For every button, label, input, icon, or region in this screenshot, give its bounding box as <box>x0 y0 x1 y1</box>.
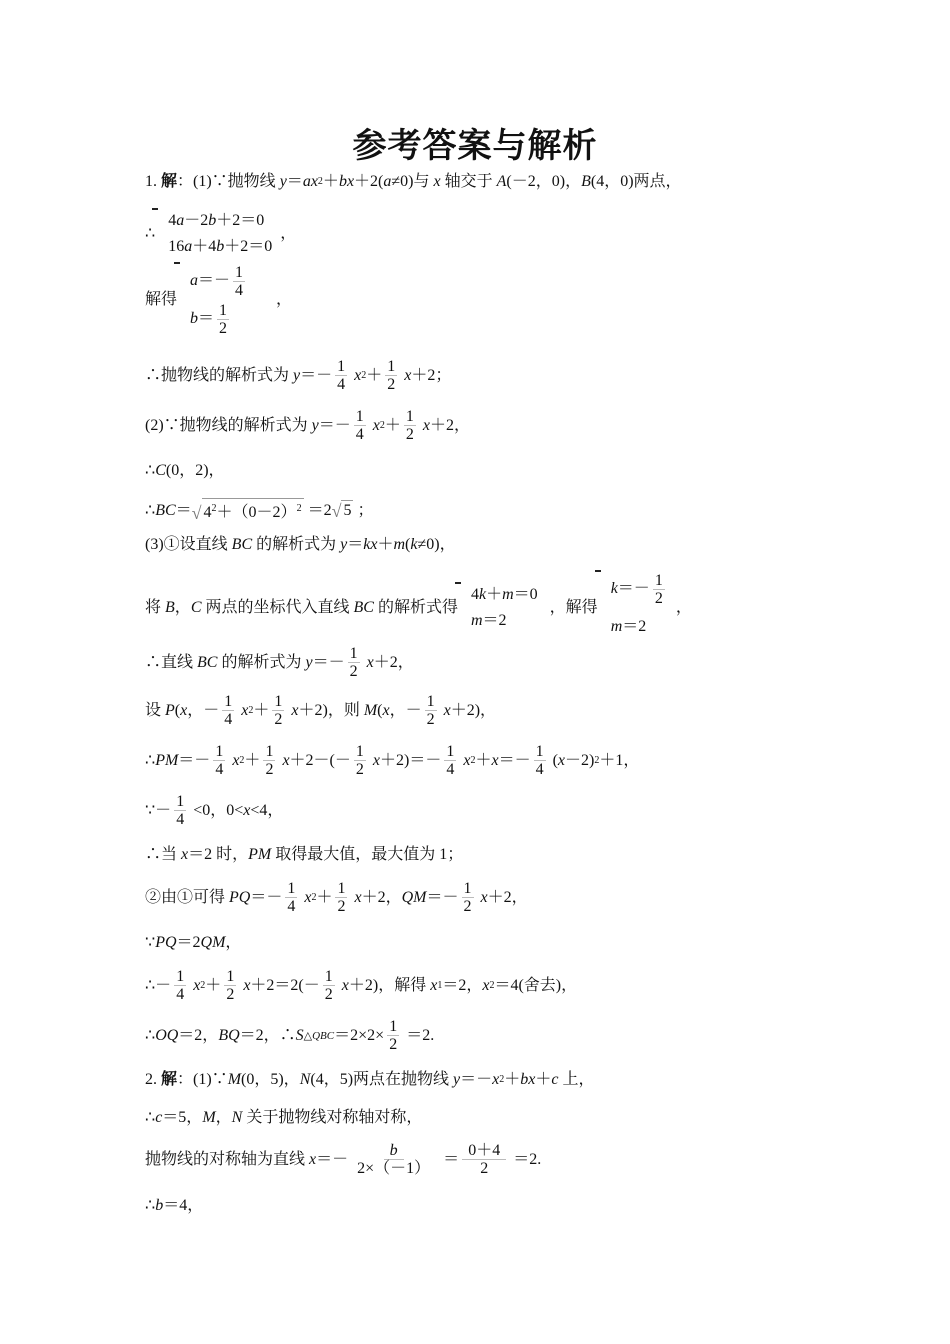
numerator: 1 <box>213 743 225 761</box>
denominator: 2 <box>425 711 437 728</box>
text: ＋1， <box>599 751 639 771</box>
math-variable: x <box>382 701 389 721</box>
system-row: a＝－14 <box>190 262 248 300</box>
equation-system: a＝－14b＝12 <box>179 262 248 338</box>
math-variable: BQ <box>218 1026 239 1046</box>
math-variable: M <box>202 1108 215 1128</box>
math-variable: x <box>430 976 437 996</box>
denominator: 2 <box>224 986 236 1003</box>
math-variable: y <box>340 535 347 555</box>
text: ＝ <box>287 172 303 192</box>
text: ＝4(舍去)， <box>494 976 577 996</box>
numerator: 1 <box>222 693 234 711</box>
text: 2×（－1） <box>357 1160 430 1177</box>
text: 关于抛物线对称轴对称， <box>242 1108 422 1128</box>
fraction: 12 <box>272 693 284 728</box>
text: ＋ <box>385 416 401 436</box>
solution-line: ②由①可得 PQ＝－14 x2＋12 x＋2，QM＝－12 x＋2， <box>145 880 528 915</box>
denominator: 4 <box>213 761 225 778</box>
text: (－2，0)， <box>506 172 581 192</box>
numerator: 1 <box>233 264 245 282</box>
text: 轴交于 <box>441 172 497 192</box>
numerator: 1 <box>444 743 456 761</box>
solution-line: (2)∵抛物线的解析式为 y＝－14 x2＋12 x＋2， <box>145 408 470 443</box>
system-rows: 4a－2b＋2＝016a＋4b＋2＝0 <box>168 208 272 260</box>
math-variable: x <box>558 751 565 771</box>
solution-line: ∴b＝4， <box>145 1196 203 1216</box>
math-variable: y <box>293 366 300 386</box>
math-variable: S <box>296 1026 304 1046</box>
text: ＝ <box>347 535 363 555</box>
math-variable: A <box>497 172 507 192</box>
denominator: 4 <box>222 711 234 728</box>
text: ＋2＝2(－ <box>250 976 319 996</box>
text: ＝ <box>198 309 214 329</box>
text: ∴直线 <box>145 653 197 673</box>
math-variable: x <box>193 976 200 996</box>
denominator: 4 <box>174 811 186 828</box>
math-variable: QM <box>201 933 226 953</box>
math-variable: x <box>291 701 298 721</box>
text: 0＋4 <box>468 1142 500 1159</box>
text: 4 <box>204 504 212 521</box>
text: ＝ <box>176 501 192 521</box>
text: ＋2－(－ <box>290 751 351 771</box>
math-variable: BC <box>197 653 217 673</box>
math-variable: x <box>423 416 430 436</box>
text: ∴ <box>145 1026 155 1046</box>
solution-line: ∴c＝5，M，N 关于抛物线对称轴对称， <box>145 1108 422 1128</box>
text: ＋2＝0 <box>216 211 264 231</box>
text: 的解析式得 <box>374 598 458 618</box>
equation-system: k＝－12m＝2 <box>600 570 668 646</box>
text: ＝2×2× <box>334 1026 384 1046</box>
math-variable: b <box>390 1142 398 1159</box>
solution-line: ∴－14 x2＋12 x＋2＝2(－12 x＋2)，解得 x1＝2，x2＝4(舍… <box>145 968 577 1003</box>
math-variable: x <box>434 172 441 192</box>
math-variable: x <box>491 751 498 771</box>
math-variable: bx <box>520 1070 535 1090</box>
system-row: 16a＋4b＋2＝0 <box>168 234 272 260</box>
math-variable: c <box>155 1108 162 1128</box>
text: ＋2， <box>488 888 528 908</box>
numerator: 1 <box>335 358 347 376</box>
denominator: 4 <box>354 426 366 443</box>
solution-line: 解得a＝－14b＝12 ， <box>145 262 292 338</box>
fraction: 14 <box>534 743 546 778</box>
text: ＝2 <box>304 501 332 521</box>
text: ＋2＝0 <box>224 237 272 257</box>
text: ＋ <box>323 172 339 192</box>
text: ＋2， <box>430 416 470 436</box>
text: ≠0)与 <box>391 172 433 192</box>
text: ＋ <box>366 366 382 386</box>
denominator: 4 <box>444 761 456 778</box>
solution-line: (3)①设直线 BC 的解析式为 y＝kx＋m(k≠0)， <box>145 535 456 555</box>
text: ， <box>225 933 241 953</box>
text: <4， <box>250 801 283 821</box>
solution-line: ∴PM＝－14 x2＋12 x＋2－(－12 x＋2)＝－14 x2＋x＝－14… <box>145 743 639 778</box>
page-title: 参考答案与解析 <box>0 118 950 167</box>
fraction: 14 <box>335 358 347 393</box>
text: ＋ <box>253 701 269 721</box>
text: 抛物线的对称轴为直线 <box>145 1150 309 1170</box>
denominator: 2 <box>354 761 366 778</box>
math-variable: y <box>453 1070 460 1090</box>
math-variable: P <box>165 701 175 721</box>
math-variable: ax <box>303 172 318 192</box>
text: 解得 <box>145 290 177 310</box>
text: ， <box>175 598 191 618</box>
text: 解 <box>161 172 177 192</box>
solution-line: ∴抛物线的解析式为 y＝－14 x2＋12 x＋2； <box>145 358 451 393</box>
math-variable: x <box>492 1070 499 1090</box>
system-row: m＝2 <box>611 608 668 646</box>
numerator: 1 <box>174 793 186 811</box>
denominator: 2 <box>387 1036 399 1053</box>
text: ∵－ <box>145 801 171 821</box>
superscript: 2 <box>297 503 302 514</box>
text: ＝2 <box>177 933 201 953</box>
numerator: 1 <box>224 968 236 986</box>
text: ∴ <box>145 1108 155 1128</box>
text: ＝－ <box>250 888 282 908</box>
math-variable: b <box>190 309 198 329</box>
text: ＝2， <box>178 1026 218 1046</box>
text: ＝－ <box>313 653 345 673</box>
text: 的解析式为 <box>252 535 340 555</box>
text: ∴ <box>145 751 155 771</box>
fraction: 14 <box>174 793 186 828</box>
math-variable: M <box>228 1070 241 1090</box>
math-variable: bx <box>339 172 354 192</box>
text: ＋2)＝－ <box>380 751 441 771</box>
denominator: 2 <box>348 663 360 680</box>
text: ＋ <box>377 535 393 555</box>
fraction: 14 <box>174 968 186 1003</box>
text: ＋2， <box>374 653 414 673</box>
numerator: 1 <box>653 572 665 590</box>
system-rows: k＝－12m＝2 <box>611 570 668 646</box>
text: (3)①设直线 <box>145 535 232 555</box>
fraction: 0＋42 <box>462 1142 506 1177</box>
denominator: 4 <box>233 282 245 299</box>
numerator: 1 <box>385 358 397 376</box>
fraction: 14 <box>285 880 297 915</box>
numerator: 1 <box>354 408 366 426</box>
math-variable: kx <box>363 535 377 555</box>
fraction: 12 <box>425 693 437 728</box>
text: 将 <box>145 598 165 618</box>
text: ，－ <box>187 701 219 721</box>
math-variable: C <box>191 598 202 618</box>
text: ＝5， <box>162 1108 202 1128</box>
math-variable: BC <box>155 501 175 521</box>
math-variable: m <box>471 611 483 631</box>
text: ＝－ <box>499 751 531 771</box>
math-variable: C <box>155 461 166 481</box>
fraction: 12 <box>323 968 335 1003</box>
math-variable: x <box>354 888 361 908</box>
text: ＋ <box>316 888 332 908</box>
math-variable: x <box>367 653 374 673</box>
text: ＝－ <box>316 1150 348 1170</box>
text: ＝2 时， <box>188 845 248 865</box>
numerator: 1 <box>217 302 229 320</box>
math-variable: a <box>176 211 184 231</box>
solution-line: 抛物线的对称轴为直线 x＝－b2×（－1） ＝0＋42 ＝2. <box>145 1142 541 1177</box>
solution-line: ∴C(0，2)， <box>145 461 225 481</box>
square-root: √5 <box>332 500 354 521</box>
denominator: 2 <box>474 1160 494 1177</box>
math-variable: m <box>393 535 405 555</box>
text: ＋4 <box>192 237 216 257</box>
math-variable: x <box>463 751 470 771</box>
text: ∴ <box>145 461 155 481</box>
fraction: 12 <box>348 645 360 680</box>
solution-line: 1. 解：(1)∵抛物线 y＝ax2＋bx＋2(a≠0)与 x 轴交于 A(－2… <box>145 172 682 192</box>
math-variable: x <box>282 751 289 771</box>
text: 的解析式为 <box>217 653 305 673</box>
text: 1. <box>145 172 161 192</box>
math-variable: PQ <box>155 933 176 953</box>
fraction: 12 <box>224 968 236 1003</box>
text: ∴ <box>145 501 155 521</box>
text: ＋ <box>504 1070 520 1090</box>
fraction: 14 <box>213 743 225 778</box>
radicand: 5 <box>341 500 353 521</box>
math-variable: x <box>243 801 250 821</box>
text: 4 <box>471 585 479 605</box>
text: ∴当 <box>145 845 181 865</box>
math-variable: x <box>354 366 361 386</box>
text: ＝0 <box>514 585 538 605</box>
text: ②由①可得 <box>145 888 229 908</box>
text: ＋2； <box>411 366 451 386</box>
numerator: 0＋4 <box>462 1142 506 1160</box>
solution-line: 设 P(x，－14 x2＋12 x＋2)，则 M(x，－12 x＋2)， <box>145 693 496 728</box>
fraction: 12 <box>385 358 397 393</box>
text: ＋（0－2） <box>217 504 297 521</box>
numerator: 1 <box>174 968 186 986</box>
solution-line: ∴当 x＝2 时，PM 取得最大值，最大值为 1； <box>145 845 463 865</box>
fraction: b2×（－1） <box>351 1142 436 1177</box>
denominator: 4 <box>285 898 297 915</box>
text: (0，2)， <box>166 461 225 481</box>
text: ＝－ <box>319 416 351 436</box>
numerator: 1 <box>272 693 284 711</box>
text: (2)∵抛物线的解析式为 <box>145 416 312 436</box>
fraction: 12 <box>404 408 416 443</box>
text: ＝－ <box>460 1070 492 1090</box>
math-variable: OQ <box>155 1026 178 1046</box>
system-rows: a＝－14b＝12 <box>190 262 248 338</box>
text: 5 <box>343 502 351 519</box>
text: 4 <box>168 211 176 231</box>
math-variable: y <box>280 172 287 192</box>
text: ＝－ <box>618 579 650 599</box>
numerator: 1 <box>425 693 437 711</box>
math-variable: x <box>444 701 451 721</box>
math-variable: b <box>155 1196 163 1216</box>
text: ＋2( <box>354 172 383 192</box>
numerator: 1 <box>335 880 347 898</box>
fraction: 14 <box>222 693 234 728</box>
fraction: 14 <box>233 264 245 299</box>
text: －2) <box>565 751 594 771</box>
math-variable: x <box>232 751 239 771</box>
text: ，解得 <box>542 598 598 618</box>
text: ＋ <box>475 751 491 771</box>
text: ∴ <box>145 1196 155 1216</box>
text: 两点的坐标代入直线 <box>201 598 353 618</box>
text: ＝2，∴ <box>240 1026 296 1046</box>
solution-line: ∴BC＝√42＋（0－2）2 ＝2√5 ； <box>145 498 373 523</box>
text: －2 <box>184 211 208 231</box>
system-rows: 4k＋m＝0m＝2 <box>471 582 538 634</box>
text: 2. <box>145 1070 161 1090</box>
denominator: 2 <box>335 898 347 915</box>
system-row: b＝12 <box>190 300 248 338</box>
text: ≠0)， <box>417 535 455 555</box>
math-variable: m <box>502 585 514 605</box>
numerator: 1 <box>462 880 474 898</box>
text: ＋2)，解得 <box>349 976 430 996</box>
subscript: △QBC <box>304 1026 334 1046</box>
numerator: 1 <box>404 408 416 426</box>
text: 取得最大值，最大值为 1； <box>271 845 463 865</box>
math-variable: a <box>383 172 391 192</box>
math-variable: x <box>482 976 489 996</box>
math-variable: a <box>190 271 198 291</box>
math-variable: x <box>309 1150 316 1170</box>
math-variable: N <box>232 1108 243 1128</box>
text: ＝－ <box>427 888 459 908</box>
text: ＝ <box>439 1150 459 1170</box>
fraction: 12 <box>653 572 665 607</box>
text: ＝2 <box>622 617 646 637</box>
math-variable: PQ <box>229 888 250 908</box>
numerator: 1 <box>348 645 360 663</box>
math-variable: x <box>404 366 411 386</box>
solution-line: ∵PQ＝2QM， <box>145 933 241 953</box>
text: ( <box>549 751 558 771</box>
system-row: k＝－12 <box>611 570 668 608</box>
text: ＝－ <box>300 366 332 386</box>
text: 上， <box>559 1070 595 1090</box>
math-variable: k <box>410 535 417 555</box>
numerator: 1 <box>263 743 275 761</box>
denominator: 2 <box>263 761 275 778</box>
denominator: 2 <box>404 426 416 443</box>
text: ＋2)， <box>451 701 496 721</box>
math-variable: x <box>373 416 380 436</box>
denominator: 2 <box>217 320 229 337</box>
math-variable: a <box>184 237 192 257</box>
text: (4，0)两点， <box>591 172 682 192</box>
math-variable: y <box>305 653 312 673</box>
math-variable: b <box>208 211 216 231</box>
text: ＋ <box>205 976 221 996</box>
text: ，－ <box>390 701 422 721</box>
math-variable: x <box>181 845 188 865</box>
system-row: 4a－2b＋2＝0 <box>168 208 272 234</box>
system-row: m＝2 <box>471 608 538 634</box>
numerator: 1 <box>354 743 366 761</box>
math-variable: x <box>243 976 250 996</box>
math-variable: x <box>180 701 187 721</box>
numerator: b <box>384 1142 404 1160</box>
solution-line: 2. 解：(1)∵M(0，5)，N(4，5)两点在抛物线 y＝－x2＋bx＋c … <box>145 1070 595 1090</box>
solution-line: ∴OQ＝2，BQ＝2，∴S△QBC＝2×2×12 ＝2. <box>145 1018 434 1053</box>
text: ∴ <box>145 224 155 244</box>
text: ：(1)∵抛物线 <box>177 172 280 192</box>
equation-system: 4k＋m＝0m＝2 <box>460 582 538 634</box>
text: 解 <box>161 1070 177 1090</box>
math-variable: y <box>312 416 319 436</box>
text: ：(1)∵ <box>177 1070 228 1090</box>
solution-line: ∴直线 BC 的解析式为 y＝－12 x＋2， <box>145 645 414 680</box>
text: ∴－ <box>145 976 171 996</box>
fraction: 14 <box>354 408 366 443</box>
denominator: 4 <box>534 761 546 778</box>
text: 设 <box>145 701 165 721</box>
text: ＋ <box>535 1070 551 1090</box>
fraction: 12 <box>263 743 275 778</box>
text: ＋2)，则 <box>298 701 363 721</box>
fraction: 12 <box>217 302 229 337</box>
system-row: 4k＋m＝0 <box>471 582 538 608</box>
denominator: 2 <box>653 590 665 607</box>
math-variable: M <box>364 701 377 721</box>
fraction: 14 <box>444 743 456 778</box>
radical-icon: √ <box>332 501 342 521</box>
square-root: √42＋（0－2）2 <box>192 498 304 523</box>
math-variable: k <box>611 579 618 599</box>
fraction: 12 <box>354 743 366 778</box>
math-variable: x <box>481 888 488 908</box>
equation-system: 4a－2b＋2＝016a＋4b＋2＝0 <box>157 208 272 260</box>
math-variable: x <box>304 888 311 908</box>
math-variable: BC <box>354 598 374 618</box>
text: ＝2 <box>483 611 507 631</box>
text: ， <box>216 1108 232 1128</box>
numerator: 1 <box>534 743 546 761</box>
numerator: 1 <box>323 968 335 986</box>
math-variable: x <box>342 976 349 996</box>
solution-line: 将 B，C 两点的坐标代入直线 BC 的解析式得4k＋m＝0m＝2 ，解得k＝－… <box>145 570 692 646</box>
text: ＝2. <box>402 1026 434 1046</box>
text: ＝2. <box>509 1150 541 1170</box>
text: ＝4， <box>163 1196 203 1216</box>
math-variable: m <box>611 617 623 637</box>
text: ； <box>353 501 373 521</box>
denominator: 2 <box>323 986 335 1003</box>
math-variable: x <box>241 701 248 721</box>
text: ∵ <box>145 933 155 953</box>
text: ， <box>276 224 296 244</box>
solution-line: ∵－14 <0，0<x<4， <box>145 793 283 828</box>
denominator: 4 <box>174 986 186 1003</box>
text: 16 <box>168 237 184 257</box>
radical-icon: √ <box>192 503 202 523</box>
radicand: 42＋（0－2）2 <box>202 498 304 523</box>
math-variable: B <box>581 172 591 192</box>
numerator: 1 <box>387 1018 399 1036</box>
math-variable: BC <box>232 535 252 555</box>
text: ＋ <box>486 585 502 605</box>
solution-line: ∴4a－2b＋2＝016a＋4b＋2＝0 ， <box>145 208 296 260</box>
